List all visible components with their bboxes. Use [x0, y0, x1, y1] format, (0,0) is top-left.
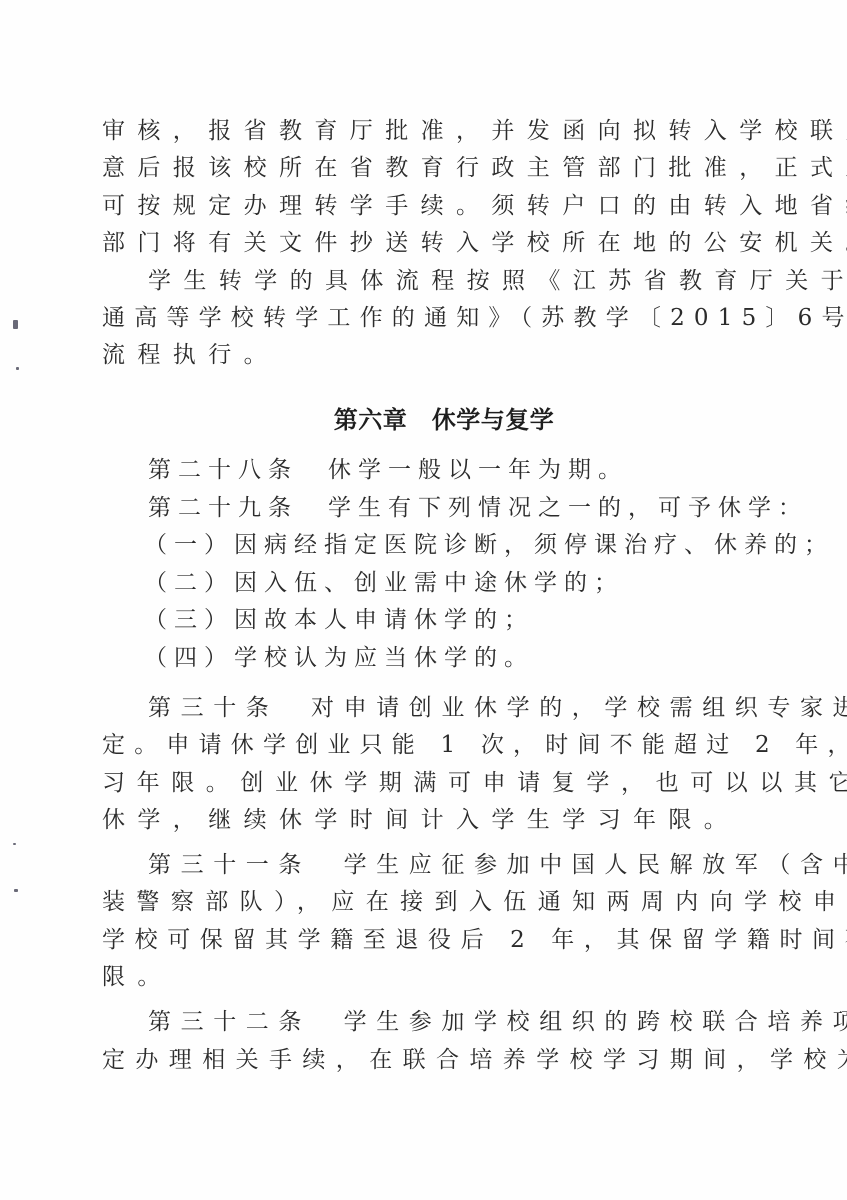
list-item: （二）因入伍、创业需中途休学的； [144, 568, 624, 598]
list-item: （三）因故本人申请休学的； [144, 605, 534, 635]
article-29-intro: 第二十九条 学生有下列情况之一的，可予休学： [148, 493, 808, 523]
text-line: 定办理相关手续，在联合培养学校学习期间，学校为其保留学籍。 [102, 1045, 847, 1075]
scanned-document-page: 审核，报省教育厅批准，并发函向拟转入学校联系，转入学校同 意后报该校所在省教育行… [0, 0, 847, 1200]
text-line: 审核，报省教育厅批准，并发函向拟转入学校联系，转入学校同 [102, 116, 847, 146]
chapter-heading: 第六章 休学与复学 [0, 405, 847, 435]
article-28: 第二十八条 休学一般以一年为期。 [148, 455, 628, 485]
text-line: 习年限。创业休学期满可申请复学，也可以以其它原因申请继续 [102, 768, 847, 798]
text-line: 第三十二条 学生参加学校组织的跨校联合培养项目，按规 [148, 1007, 847, 1037]
scan-speck [13, 843, 16, 845]
text-line: 部门将有关文件抄送转入学校所在地的公安机关。 [102, 228, 847, 258]
text-line: 意后报该校所在省教育行政主管部门批准，正式发文后，学生方 [102, 153, 847, 183]
scan-speck [16, 367, 19, 370]
scan-speck [13, 320, 18, 329]
text-line: 第三十一条 学生应征参加中国人民解放军（含中国人民武 [148, 850, 847, 880]
text-line: 定。申请休学创业只能 1 次，时间不能超过 2 年，不计入学生学 [102, 730, 847, 760]
text-line: 休学，继续休学时间计入学生学习年限。 [102, 805, 739, 835]
text-line: 装警察部队），应在接到入伍通知两周内向学校申请保留学籍， [102, 887, 847, 917]
text-line: 学生转学的具体流程按照《江苏省教育厅关于进一步规范普 [148, 266, 847, 296]
list-item: （四）学校认为应当休学的。 [144, 643, 534, 673]
list-item: （一）因病经指定医院诊断，须停课治疗、休养的； [144, 530, 834, 560]
scan-speck [14, 889, 18, 892]
text-line: 通高等学校转学工作的通知》（苏教学〔2015〕6号）文件规定的 [102, 303, 847, 333]
text-line: 可按规定办理转学手续。须转户口的由转入地省级教育行政主管 [102, 191, 847, 221]
text-line: 第三十条 对申请创业休学的，学校需组织专家进行审核认 [148, 693, 847, 723]
text-line: 流程执行。 [102, 340, 279, 370]
text-line: 学校可保留其学籍至退役后 2 年，其保留学籍时间不计入学习年 [102, 925, 847, 955]
text-line: 限。 [102, 962, 173, 992]
